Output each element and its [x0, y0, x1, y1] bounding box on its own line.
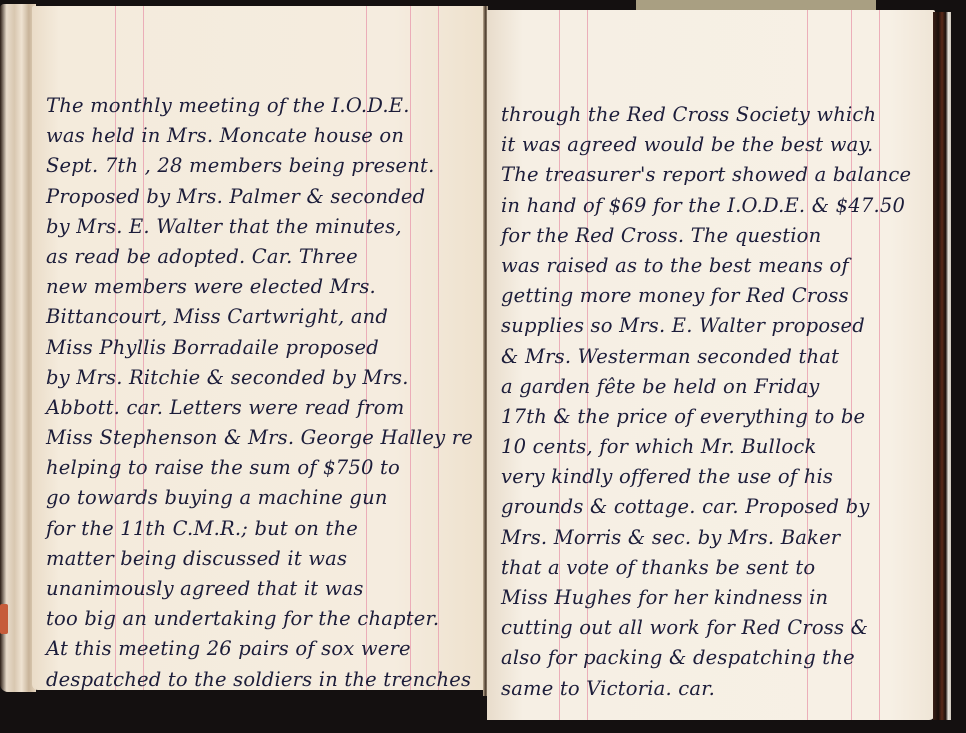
handwritten-line: by Mrs. E. Walter that the minutes, — [46, 212, 473, 242]
handwritten-line: matter being discussed it was — [46, 544, 473, 574]
handwritten-line: for the Red Cross. The question — [501, 221, 911, 251]
handwritten-line: grounds & cottage. car. Proposed by — [501, 492, 911, 522]
handwritten-line: supplies so Mrs. E. Walter proposed — [501, 311, 911, 341]
handwritten-line: 10 cents, for which Mr. Bullock — [501, 432, 911, 462]
handwritten-line: a garden fête be held on Friday — [501, 372, 911, 402]
handwritten-line: despatched to the soldiers in the trench… — [46, 665, 473, 690]
left-page-text: The monthly meeting of the I.O.D.E.was h… — [46, 91, 473, 690]
handwritten-line: getting more money for Red Cross — [501, 281, 911, 311]
handwritten-line: & Mrs. Westerman seconded that — [501, 342, 911, 372]
right-page: through the Red Cross Society whichit wa… — [487, 10, 935, 720]
handwritten-line: that a vote of thanks be sent to — [501, 553, 911, 583]
handwritten-line: also for packing & despatching the — [501, 643, 911, 673]
handwritten-line: Abbott. car. Letters were read from — [46, 393, 473, 423]
handwritten-line: Miss Hughes for her kindness in — [501, 583, 911, 613]
handwritten-line: Miss Phyllis Borradaile proposed — [46, 333, 473, 363]
handwritten-line: The treasurer's report showed a balance — [501, 160, 911, 190]
handwritten-line: Proposed by Mrs. Palmer & seconded — [46, 182, 473, 212]
handwritten-line: Bittancourt, Miss Cartwright, and — [46, 302, 473, 332]
open-notebook: The monthly meeting of the I.O.D.E.was h… — [0, 0, 966, 733]
handwritten-line: same to Victoria. car. — [501, 674, 911, 704]
handwritten-line: new members were elected Mrs. — [46, 272, 473, 302]
handwritten-line: At this meeting 26 pairs of sox were — [46, 634, 473, 664]
handwritten-line: cutting out all work for Red Cross & — [501, 613, 911, 643]
handwritten-line: 17th & the price of everything to be — [501, 402, 911, 432]
ribbon-tab — [0, 604, 8, 634]
handwritten-line: was held in Mrs. Moncate house on — [46, 121, 473, 151]
handwritten-line: in hand of $69 for the I.O.D.E. & $47.50 — [501, 191, 911, 221]
handwritten-line: The monthly meeting of the I.O.D.E. — [46, 91, 473, 121]
handwritten-line: through the Red Cross Society which — [501, 100, 911, 130]
handwritten-line: unanimously agreed that it was — [46, 574, 473, 604]
handwritten-line: by Mrs. Ritchie & seconded by Mrs. — [46, 363, 473, 393]
back-cover-edge — [933, 12, 951, 720]
handwritten-line: for the 11th C.M.R.; but on the — [46, 514, 473, 544]
handwritten-line: was raised as to the best means of — [501, 251, 911, 281]
handwritten-line: too big an undertaking for the chapter. — [46, 604, 473, 634]
handwritten-line: Mrs. Morris & sec. by Mrs. Baker — [501, 523, 911, 553]
page-stack-edge — [0, 4, 36, 692]
right-page-text: through the Red Cross Society whichit wa… — [501, 100, 911, 704]
left-page: The monthly meeting of the I.O.D.E.was h… — [32, 6, 484, 690]
handwritten-line: Miss Stephenson & Mrs. George Halley re — [46, 423, 473, 453]
handwritten-line: go towards buying a machine gun — [46, 483, 473, 513]
handwritten-line: helping to raise the sum of $750 to — [46, 453, 473, 483]
handwritten-line: very kindly offered the use of his — [501, 462, 911, 492]
handwritten-line: Sept. 7th , 28 members being present. — [46, 151, 473, 181]
handwritten-line: it was agreed would be the best way. — [501, 130, 911, 160]
handwritten-line: as read be adopted. Car. Three — [46, 242, 473, 272]
